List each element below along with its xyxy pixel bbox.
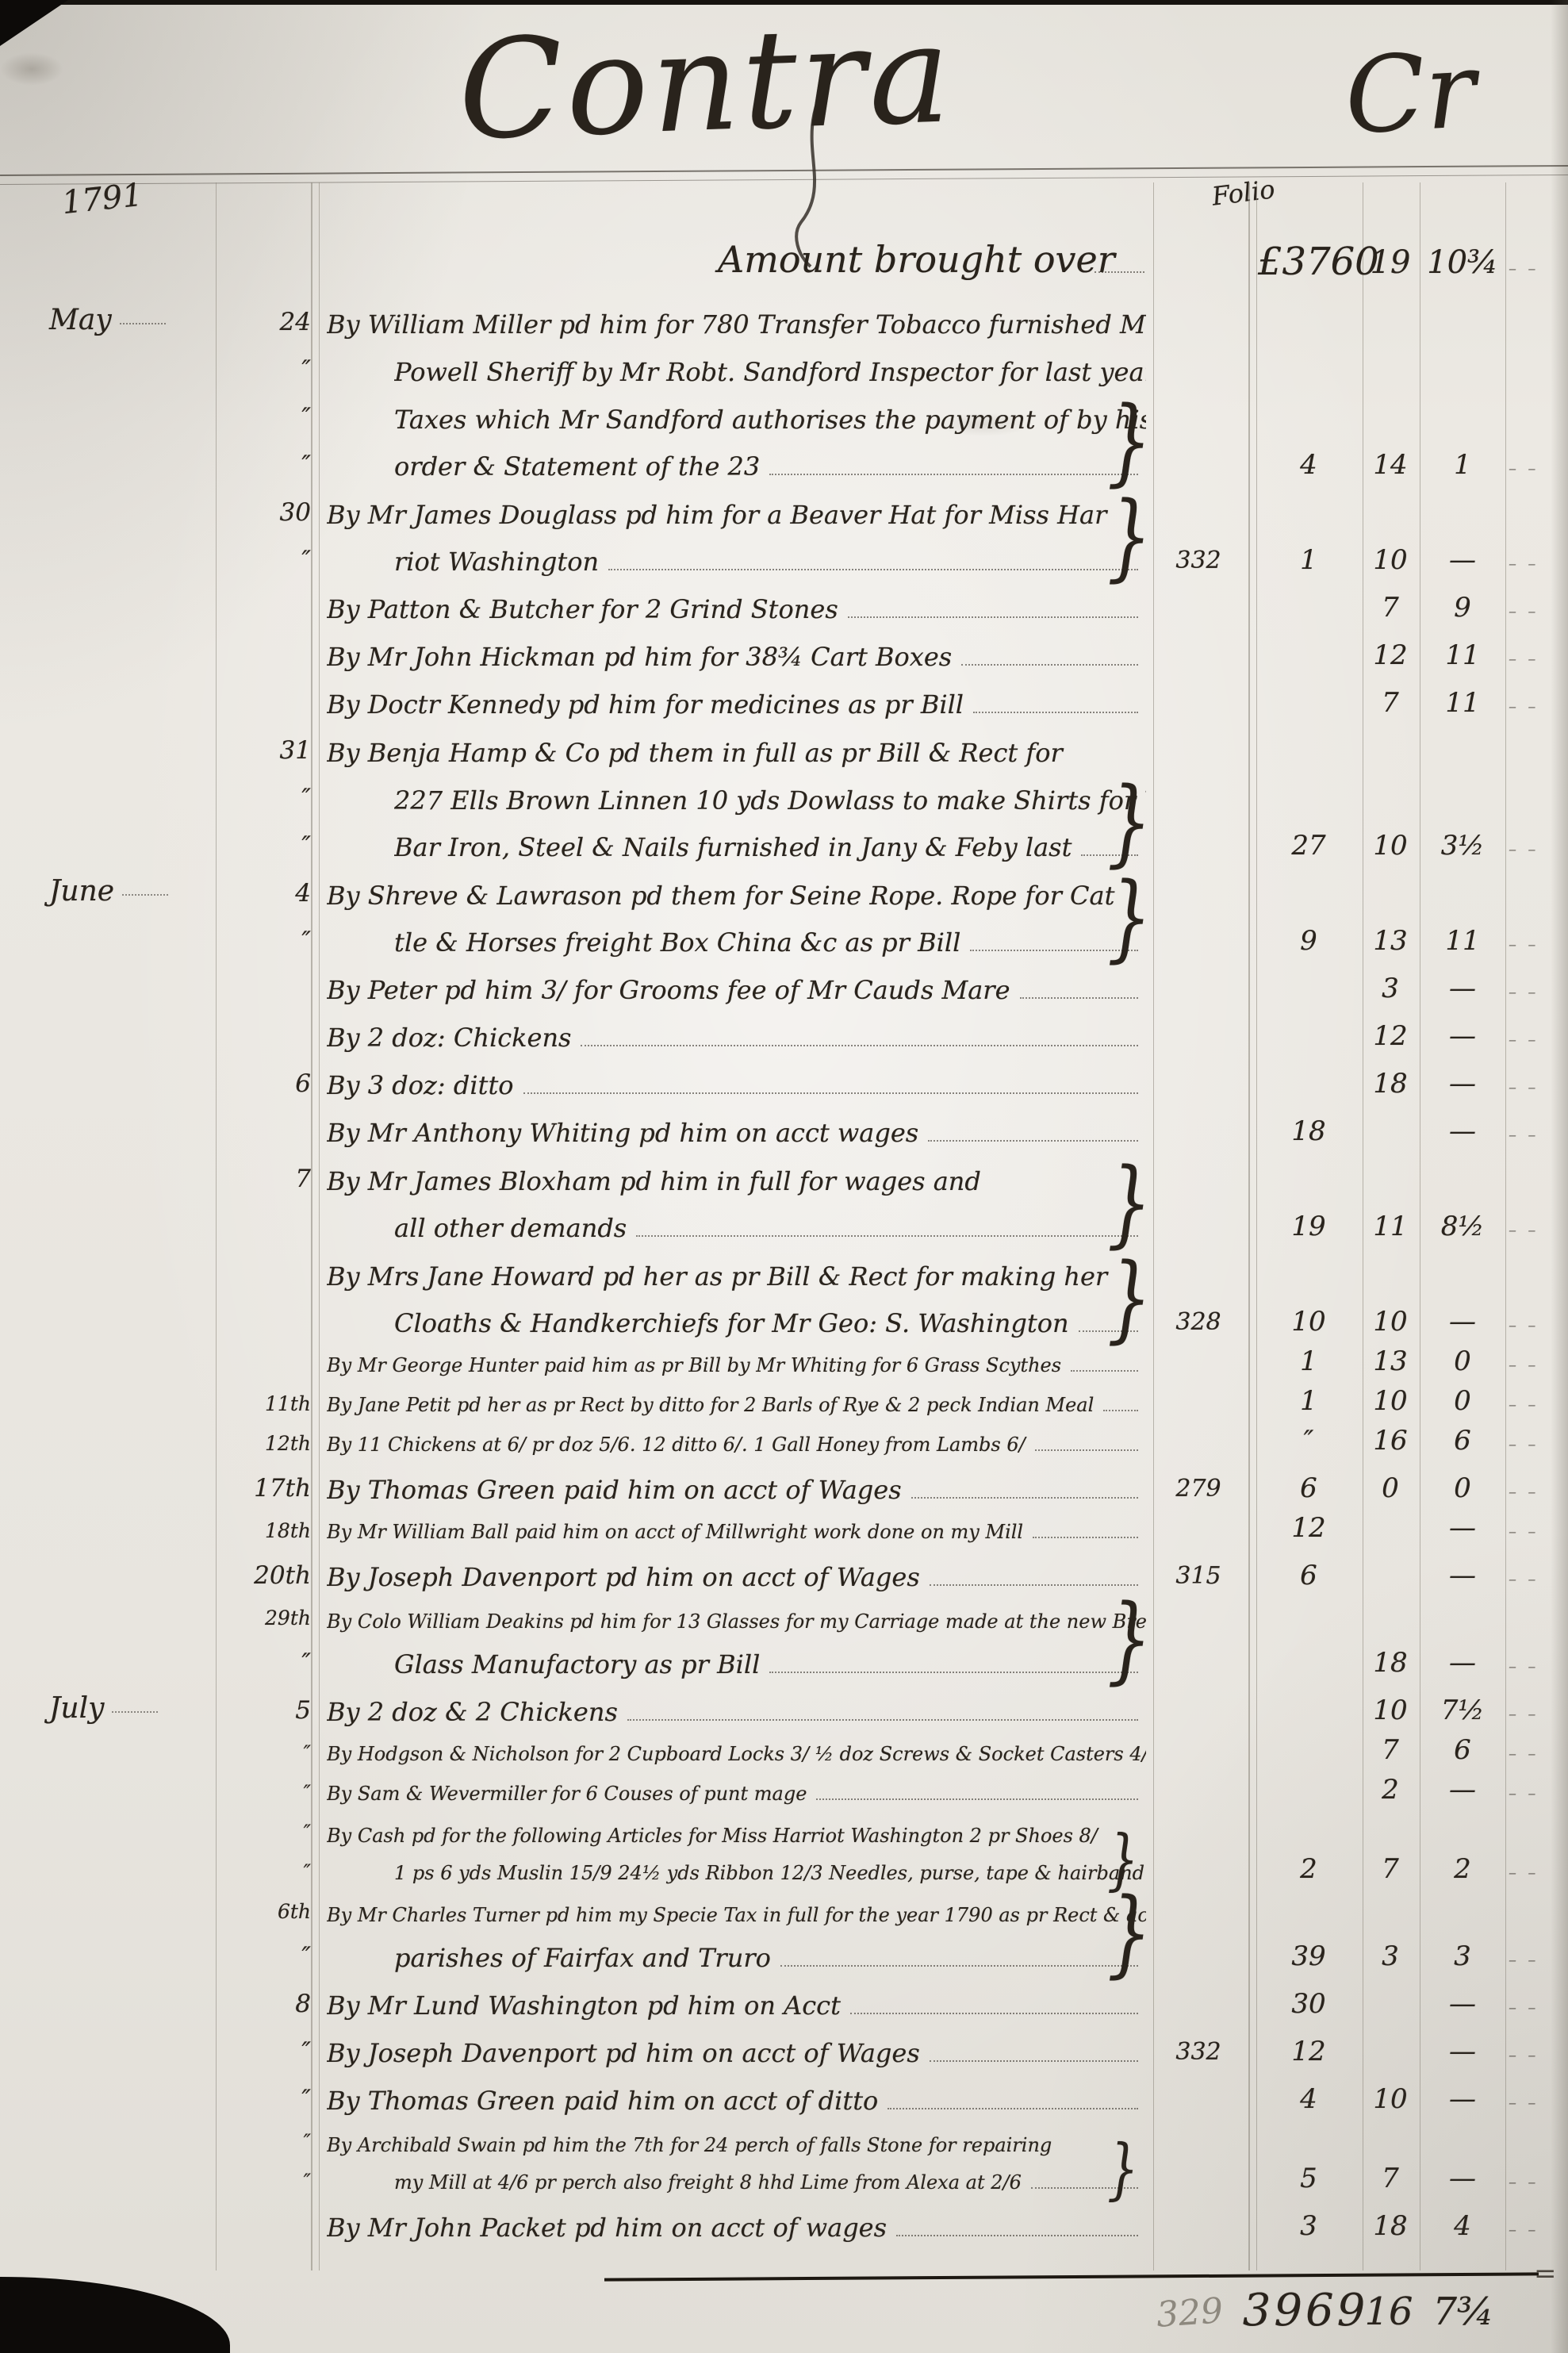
amount-pounds: 4 (1258, 449, 1359, 481)
entry-description: riot Washington (394, 547, 1146, 578)
entry-text: my Mill at 4/6 pr perch also freight 8 h… (394, 2171, 1022, 2194)
entry-description: By Mr Anthony Whiting pd him on acct wag… (327, 1118, 1146, 1149)
amount-pounds: 5 (1258, 2163, 1359, 2194)
amount-pounds: 1 (1258, 1385, 1359, 1417)
total-pence: 7¾ (1420, 2290, 1507, 2334)
ledger-row: ″Powell Sheriff by Mr Robt. Sandford Ins… (0, 343, 1568, 390)
dotted-leader (896, 2235, 1138, 2236)
totals-row: 329 3969 16 7¾ (0, 2285, 1568, 2348)
credit-abbreviation: Cr (1343, 38, 1478, 149)
entry-description: By Hodgson & Nicholson for 2 Cupboard Lo… (327, 1743, 1146, 1768)
folio-value: 328 (1156, 1308, 1240, 1336)
day-label: ″ (228, 831, 311, 860)
amount-pence: — (1423, 1306, 1502, 1338)
dotted-leader (769, 1672, 1138, 1673)
amount-shillings: 16 (1364, 1425, 1417, 1457)
day-label: 20th (228, 1561, 311, 1590)
amount-shillings: 19 (1364, 244, 1417, 281)
entry-description: By Colo William Deakins pd him for 13 Gl… (327, 1610, 1146, 1633)
ledger-row: 7By Mr James Bloxham pd him in full for … (0, 1152, 1568, 1200)
entry-description: By Patton & Butcher for 2 Grind Stones (327, 594, 1146, 625)
entry-text: Taxes which Mr Sandford authorises the p… (394, 405, 1146, 435)
amount-shillings: 10 (1364, 830, 1417, 862)
amount-shillings: 18 (1364, 1068, 1417, 1100)
amount-shillings: 7 (1364, 687, 1417, 719)
ledger-row: July5By 2 doz & 2 Chickens107½– – (0, 1683, 1568, 1731)
day-label: ″ (228, 1741, 311, 1764)
entry-text: By Mr Anthony Whiting pd him on acct wag… (327, 1118, 918, 1148)
day-label: 7 (228, 1165, 311, 1193)
dotted-leader (848, 616, 1138, 618)
dotted-leader (1020, 997, 1138, 999)
entry-description: all other demands (394, 1213, 1146, 1244)
entry-description: By Sam & Wevermiller for 6 Couses of pun… (327, 1783, 1146, 1807)
margin-dashes: – – (1509, 1030, 1561, 1049)
entry-description: By Archibald Swain pd him the 7th for 24… (327, 2134, 1146, 2156)
amount-pounds: ″ (1258, 1425, 1359, 1457)
margin-dashes: – – (1509, 1125, 1561, 1144)
margin-dashes: – – (1509, 982, 1561, 1001)
amount-pounds: 6 (1258, 1560, 1359, 1591)
amount-pence: — (1423, 2083, 1502, 2115)
ledger-row: ″Bar Iron, Steel & Nails furnished in Ja… (0, 819, 1568, 866)
ledger-row: ″By Joseph Davenport pd him on acct of W… (0, 2025, 1568, 2072)
entry-description: Taxes which Mr Sandford authorises the p… (394, 405, 1146, 435)
ledger-row: ″By Sam & Wevermiller for 6 Couses of pu… (0, 1771, 1568, 1810)
entry-text: parishes of Fairfax and Truro (394, 1943, 771, 1973)
day-label: 5 (228, 1696, 311, 1725)
entry-description: By Mr James Bloxham pd him in full for w… (327, 1166, 1146, 1196)
margin-dashes: – – (1509, 1220, 1561, 1239)
folio-value: 332 (1156, 2038, 1240, 2066)
entry-description: By Mr George Hunter paid him as pr Bill … (327, 1354, 1146, 1379)
entry-description: Powell Sheriff by Mr Robt. Sandford Insp… (394, 357, 1146, 387)
ledger-row: By 2 doz: Chickens12—– – (0, 1009, 1568, 1057)
ledger-row: ″Glass Manufactory as pr Bill}18—– – (0, 1636, 1568, 1683)
amount-pounds: 1 (1258, 1345, 1359, 1377)
ledger-row: 30By Mr James Douglass pd him for a Beav… (0, 486, 1568, 533)
ledger-row: By Mr John Hickman pd him for 38¾ Cart B… (0, 628, 1568, 676)
month-label: May (49, 304, 208, 336)
month-label: July (49, 1692, 208, 1725)
amount-shillings: 7 (1364, 1734, 1417, 1766)
brought-forward-row: Amount brought over £3760 19 10¾ – – (0, 227, 1568, 286)
amount-pounds: 1 (1258, 544, 1359, 576)
closing-brace: } (1107, 489, 1152, 584)
amount-pounds: 30 (1258, 1988, 1359, 2020)
amount-pence: 6 (1423, 1734, 1502, 1766)
amount-pence: 11 (1423, 687, 1502, 719)
entry-text: tle & Horses freight Box China &c as pr … (394, 927, 960, 958)
amount-shillings: 10 (1364, 2083, 1417, 2115)
amount-pounds: 3 (1258, 2210, 1359, 2242)
amount-pence: 10¾ (1423, 244, 1502, 281)
entry-text: By Mr George Hunter paid him as pr Bill … (327, 1354, 1061, 1376)
margin-dashes: – – (1509, 1395, 1561, 1414)
entry-description: By 2 doz: Chickens (327, 1023, 1146, 1054)
ledger-row: Cloaths & Handkerchiefs for Mr Geo: S. W… (0, 1295, 1568, 1342)
folio-value: 332 (1156, 547, 1240, 574)
margin-dashes: – – (1509, 1783, 1561, 1802)
ledger-row: ″By Archibald Swain pd him the 7th for 2… (0, 2120, 1568, 2159)
entry-description: By Peter pd him 3/ for Grooms fee of Mr … (327, 975, 1146, 1006)
margin-dashes: – – (1509, 1434, 1561, 1453)
entry-description: By 11 Chickens at 6/ pr doz 5/6. 12 ditt… (327, 1434, 1146, 1458)
entry-text: By Mr Lund Washington pd him on Acct (327, 1990, 841, 2021)
day-label: ″ (228, 1649, 311, 1677)
entry-description: parishes of Fairfax and Truro (394, 1943, 1146, 1974)
ledger-row: 18thBy Mr William Ball paid him on acct … (0, 1509, 1568, 1549)
entry-text: By Mr John Packet pd him on acct of wage… (327, 2213, 887, 2243)
amount-pounds: 12 (1258, 1512, 1359, 1544)
entry-text: By Joseph Davenport pd him on acct of Wa… (327, 1562, 920, 1592)
folio-total-pencil: 329 (1141, 2290, 1238, 2336)
entry-text: By Sam & Wevermiller for 6 Couses of pun… (327, 1783, 807, 1805)
amount-shillings: 18 (1364, 1647, 1417, 1679)
ledger-row: By Mr Anthony Whiting pd him on acct wag… (0, 1104, 1568, 1152)
amount-pence: — (1423, 973, 1502, 1004)
dotted-leader (1033, 1537, 1138, 1538)
entry-description: By Cash pd for the following Articles fo… (327, 1825, 1146, 1847)
amount-pounds: 9 (1258, 925, 1359, 957)
entry-description: By Mr Lund Washington pd him on Acct (327, 1990, 1146, 2021)
amount-shillings: 12 (1364, 639, 1417, 671)
closing-brace: } (1107, 2136, 1138, 2202)
day-label: ″ (228, 546, 311, 574)
amount-pounds: 6 (1258, 1472, 1359, 1504)
margin-dashes: – – (1509, 2172, 1561, 2191)
entry-text: By Mr Charles Turner pd him my Specie Ta… (327, 1904, 1146, 1926)
page-title: Contra (456, 6, 955, 159)
dotted-leader (850, 2013, 1138, 2014)
day-label: 18th (228, 1519, 311, 1542)
folio-value: 315 (1156, 1562, 1240, 1590)
amount-shillings: 10 (1364, 544, 1417, 576)
ledger-row: 12thBy 11 Chickens at 6/ pr doz 5/6. 12 … (0, 1422, 1568, 1461)
amount-pence: 1 (1423, 449, 1502, 481)
amount-pounds: 2 (1258, 1853, 1359, 1885)
entry-description: By Thomas Green paid him on acct of ditt… (327, 2086, 1146, 2117)
ledger-row: all other demands}19118½– – (0, 1200, 1568, 1247)
margin-dashes: – – (1509, 1482, 1561, 1501)
ledger-row: By Doctr Kennedy pd him for medicines as… (0, 676, 1568, 724)
day-label: ″ (228, 403, 311, 432)
folio-column-header: Folio (1210, 174, 1276, 211)
margin-dashes: – – (1509, 1315, 1561, 1334)
ledger-row: May24By William Miller pd him for 780 Tr… (0, 295, 1568, 343)
amount-pence: 7½ (1423, 1695, 1502, 1726)
amount-pounds: 4 (1258, 2083, 1359, 2115)
entry-text: Cloaths & Handkerchiefs for Mr Geo: S. W… (394, 1308, 1069, 1338)
ledger-row: 17thBy Thomas Green paid him on acct of … (0, 1461, 1568, 1509)
amount-pence: — (1423, 1068, 1502, 1100)
closing-brace: } (1107, 775, 1152, 869)
entry-description: By 2 doz & 2 Chickens (327, 1697, 1146, 1728)
amount-pence: 11 (1423, 639, 1502, 671)
dotted-leader (523, 1092, 1138, 1094)
entry-text: By Peter pd him 3/ for Grooms fee of Mr … (327, 975, 1010, 1005)
entry-text: By Joseph Davenport pd him on acct of Wa… (327, 2038, 920, 2068)
entry-text: By Benja Hamp & Co pd them in full as pr… (327, 738, 1063, 768)
ledger-row: 20thBy Joseph Davenport pd him on acct o… (0, 1549, 1568, 1596)
entry-description: Bar Iron, Steel & Nails furnished in Jan… (394, 832, 1146, 863)
entry-text: By Patton & Butcher for 2 Grind Stones (327, 594, 838, 624)
day-label: 6 (228, 1069, 311, 1098)
day-label: ″ (228, 927, 311, 955)
ledger-row: By Peter pd him 3/ for Grooms fee of Mr … (0, 962, 1568, 1009)
amount-shillings: 13 (1364, 1345, 1417, 1377)
dotted-leader (636, 1235, 1138, 1237)
entry-description: tle & Horses freight Box China &c as pr … (394, 927, 1146, 958)
margin-dashes: – – (1509, 935, 1561, 954)
margin-dashes: – – (1509, 649, 1561, 668)
entry-description: Glass Manufactory as pr Bill (394, 1649, 1146, 1680)
margin-dashes: – – (1509, 1744, 1561, 1763)
entry-text: By Mr James Douglass pd him for a Beaver… (327, 500, 1106, 530)
dotted-leader (581, 1045, 1138, 1046)
amount-pounds: 12 (1258, 2036, 1359, 2067)
amount-pounds: 19 (1258, 1211, 1359, 1242)
closing-brace: } (1107, 1156, 1152, 1250)
ledger-row: ″my Mill at 4/6 pr perch also freight 8 … (0, 2159, 1568, 2199)
amount-pence: — (1423, 2163, 1502, 2194)
day-label: 12th (228, 1432, 311, 1455)
entry-text: By Thomas Green paid him on acct of Wage… (327, 1475, 902, 1505)
entry-text: By Cash pd for the following Articles fo… (327, 1825, 1098, 1847)
entry-description: By William Miller pd him for 780 Transfe… (327, 309, 1146, 340)
margin-dashes: – – (1509, 697, 1561, 716)
day-label: 30 (228, 498, 311, 527)
margin-dashes: – – (1509, 1863, 1561, 1882)
amount-shillings: 0 (1364, 1472, 1417, 1504)
header-rule (0, 165, 1568, 176)
margin-dashes: – – (1509, 2220, 1561, 2239)
dotted-leader (627, 1719, 1138, 1721)
header-rule-2 (0, 175, 1568, 185)
year-label: 1791 (60, 177, 144, 221)
amount-pence: 6 (1423, 1425, 1502, 1457)
day-label: ″ (228, 2085, 311, 2113)
entry-text: By William Miller pd him for 780 Transfe… (327, 309, 1146, 340)
entry-description: By Joseph Davenport pd him on acct of Wa… (327, 2038, 1146, 2069)
day-label: ″ (228, 784, 311, 812)
entry-description: 1 ps 6 yds Muslin 15/9 24½ yds Ribbon 12… (394, 1862, 1146, 1887)
entry-text: By 2 doz & 2 Chickens (327, 1697, 618, 1727)
entry-description: By 3 doz: ditto (327, 1070, 1146, 1101)
entry-description: my Mill at 4/6 pr perch also freight 8 h… (394, 2171, 1146, 2196)
ledger-row: By Patton & Butcher for 2 Grind Stones79… (0, 581, 1568, 628)
amount-pence: 4 (1423, 2210, 1502, 2242)
entry-description: By Jane Petit pd her as pr Rect by ditto… (327, 1394, 1146, 1418)
entry-text: By 11 Chickens at 6/ pr doz 5/6. 12 ditt… (327, 1434, 1026, 1456)
entry-text: By 3 doz: ditto (327, 1070, 514, 1100)
entry-text: By Mrs Jane Howard pd her as pr Bill & R… (327, 1261, 1107, 1292)
total-shillings: 16 (1361, 2290, 1417, 2334)
day-label: 11th (228, 1392, 311, 1415)
day-label: ″ (228, 1942, 311, 1971)
amount-pence: — (1423, 1988, 1502, 2020)
ledger-row: By Mr John Packet pd him on acct of wage… (0, 2199, 1568, 2247)
ledger-row: June4By Shreve & Lawrason pd them for Se… (0, 866, 1568, 914)
closing-brace: } (1107, 1251, 1152, 1345)
amount-shillings: 7 (1364, 2163, 1417, 2194)
margin-dashes: – – (1509, 1569, 1561, 1588)
amount-pence: — (1423, 1647, 1502, 1679)
ledger-row: 6thBy Mr Charles Turner pd him my Specie… (0, 1890, 1568, 1929)
entry-text: By Hodgson & Nicholson for 2 Cupboard Lo… (327, 1743, 1146, 1765)
ledger-row: By Mrs Jane Howard pd her as pr Bill & R… (0, 1247, 1568, 1295)
ledger-row: 29thBy Colo William Deakins pd him for 1… (0, 1596, 1568, 1636)
dotted-leader (930, 2060, 1138, 2062)
entry-description: order & Statement of the 23 (394, 451, 1146, 482)
entry-text: By Mr John Hickman pd him for 38¾ Cart B… (327, 642, 952, 672)
entry-text: order & Statement of the 23 (394, 451, 760, 482)
ledger-row: 8By Mr Lund Washington pd him on Acct30—… (0, 1977, 1568, 2025)
amount-pence: 8½ (1423, 1211, 1502, 1242)
ledger-row: ″227 Ells Brown Linnen 10 yds Dowlass to… (0, 771, 1568, 819)
entry-description: By Joseph Davenport pd him on acct of Wa… (327, 1562, 1146, 1593)
ledger-row: ″By Cash pd for the following Articles f… (0, 1810, 1568, 1850)
amount-pence: — (1423, 1560, 1502, 1591)
ink-smudge (0, 52, 63, 86)
amount-pence: — (1423, 1020, 1502, 1052)
entry-text: By Jane Petit pd her as pr Rect by ditto… (327, 1394, 1094, 1416)
entry-text: Glass Manufactory as pr Bill (394, 1649, 760, 1679)
ledger-row: ″Taxes which Mr Sandford authorises the … (0, 390, 1568, 438)
entry-text: all other demands (394, 1213, 627, 1243)
amount-shillings: 2 (1364, 1774, 1417, 1806)
entry-text: By Mr James Bloxham pd him in full for w… (327, 1166, 981, 1196)
ledger-row: ″By Thomas Green paid him on acct of dit… (0, 2072, 1568, 2120)
amount-pence: 11 (1423, 925, 1502, 957)
day-label: ″ (228, 355, 311, 384)
entry-text: By 2 doz: Chickens (327, 1023, 571, 1053)
entry-description: By Mr John Packet pd him on acct of wage… (327, 2213, 1146, 2244)
dotted-leader (1035, 1449, 1138, 1451)
margin-dashes: – – (1509, 459, 1561, 478)
amount-shillings: 13 (1364, 925, 1417, 957)
amount-pence: 3½ (1423, 830, 1502, 862)
closing-brace: } (1107, 394, 1152, 489)
scan-edge-topleft (0, 0, 68, 46)
entry-text: Bar Iron, Steel & Nails furnished in Jan… (394, 832, 1072, 862)
entry-description: By Mr James Douglass pd him for a Beaver… (327, 500, 1146, 530)
dotted-leader (769, 474, 1138, 475)
dotted-leader (608, 569, 1138, 570)
day-label: ″ (228, 1860, 311, 1883)
amount-pence: 0 (1423, 1345, 1502, 1377)
amount-pence: 3 (1423, 1940, 1502, 1972)
day-label: 6th (228, 1900, 311, 1923)
ledger-row: 11thBy Jane Petit pd her as pr Rect by d… (0, 1382, 1568, 1422)
amount-pence: — (1423, 2036, 1502, 2067)
amount-shillings: 10 (1364, 1695, 1417, 1726)
ledger-row: ″tle & Horses freight Box China &c as pr… (0, 914, 1568, 962)
amount-shillings: 10 (1364, 1306, 1417, 1338)
margin-dashes: – – (1509, 601, 1561, 620)
amount-pence: — (1423, 1512, 1502, 1544)
day-label: ″ (228, 451, 311, 479)
entry-description: By Mr Charles Turner pd him my Specie Ta… (327, 1904, 1146, 1926)
amount-pounds: 39 (1258, 1940, 1359, 1972)
folio-value: 279 (1156, 1475, 1240, 1503)
closing-brace: } (1107, 1592, 1152, 1687)
entry-description: By Thomas Green paid him on acct of Wage… (327, 1475, 1146, 1506)
entry-description: Cloaths & Handkerchiefs for Mr Geo: S. W… (394, 1308, 1146, 1339)
amount-pence: 0 (1423, 1472, 1502, 1504)
margin-dashes: – – (1509, 1355, 1561, 1374)
day-label: ″ (228, 2130, 311, 2153)
closing-brace: } (1107, 1886, 1152, 1980)
amount-shillings: 11 (1364, 1211, 1417, 1242)
ledger-row: ″1 ps 6 yds Muslin 15/9 24½ yds Ribbon 1… (0, 1850, 1568, 1890)
brought-forward-label: Amount brought over (718, 238, 1115, 281)
margin-dashes: – – (1509, 2045, 1561, 2064)
amount-shillings: 10 (1364, 1385, 1417, 1417)
margin-dashes: – – (1509, 2093, 1561, 2112)
entry-text: 227 Ells Brown Linnen 10 yds Dowlass to … (394, 785, 1146, 816)
dotted-leader (973, 712, 1138, 713)
amount-pence: — (1423, 1115, 1502, 1147)
margin-dashes: – – (1509, 1950, 1561, 1969)
closing-brace: } (1107, 870, 1152, 965)
amount-shillings: 7 (1364, 1853, 1417, 1885)
entry-description: By Doctr Kennedy pd him for medicines as… (327, 689, 1146, 720)
amount-pence: 2 (1423, 1853, 1502, 1885)
ledger-row: 31By Benja Hamp & Co pd them in full as … (0, 724, 1568, 771)
ledger-row: ″riot Washington}332110—– – (0, 533, 1568, 581)
totals-rule (604, 2272, 1539, 2281)
day-label: 29th (228, 1606, 311, 1629)
entry-text: riot Washington (394, 547, 599, 577)
amount-pence: — (1423, 544, 1502, 576)
entry-text: By Colo William Deakins pd him for 13 Gl… (327, 1610, 1146, 1633)
day-label: ″ (228, 1781, 311, 1804)
entry-text: Powell Sheriff by Mr Robt. Sandford Insp… (394, 357, 1146, 387)
entry-description: By Mrs Jane Howard pd her as pr Bill & R… (327, 1261, 1146, 1292)
margin-dashes: – – (1509, 1704, 1561, 1723)
amount-pence: 9 (1423, 592, 1502, 624)
dotted-leader (961, 664, 1138, 666)
margin-check-mark: = (1534, 2258, 1557, 2290)
day-label: 17th (228, 1474, 311, 1503)
amount-shillings: 7 (1364, 592, 1417, 624)
amount-shillings: 12 (1364, 1020, 1417, 1052)
margin-dashes: – – (1509, 1522, 1561, 1541)
dotted-leader (888, 2108, 1138, 2109)
entry-text: By Doctr Kennedy pd him for medicines as… (327, 689, 964, 720)
entry-description: By Shreve & Lawrason pd them for Seine R… (327, 881, 1146, 911)
ledger-row: ″parishes of Fairfax and Truro}3933– – (0, 1929, 1568, 1977)
day-label: 24 (228, 308, 311, 336)
ledger-rows: May24By William Miller pd him for 780 Tr… (0, 295, 1568, 2247)
amount-pence: 0 (1423, 1385, 1502, 1417)
dotted-leader (1103, 1410, 1138, 1411)
dotted-leader (1071, 1370, 1138, 1372)
dotted-leader (928, 1140, 1138, 1142)
entry-text: By Archibald Swain pd him the 7th for 24… (327, 2134, 1052, 2156)
ledger-row: 6By 3 doz: ditto18—– – (0, 1057, 1568, 1104)
day-label: ″ (228, 2037, 311, 2066)
day-label: ″ (228, 2170, 311, 2193)
month-label: June (49, 875, 208, 908)
ledger-page: Contra Cr 1791 Folio Amount brought over… (0, 0, 1568, 2353)
amount-pounds: £3760 (1258, 240, 1359, 284)
ledger-row: ″order & Statement of the 23}4141– – (0, 438, 1568, 486)
dotted-leader (911, 1497, 1138, 1499)
entry-text: By Mr William Ball paid him on acct of M… (327, 1521, 1023, 1543)
margin-dashes: – – (1509, 1077, 1561, 1096)
